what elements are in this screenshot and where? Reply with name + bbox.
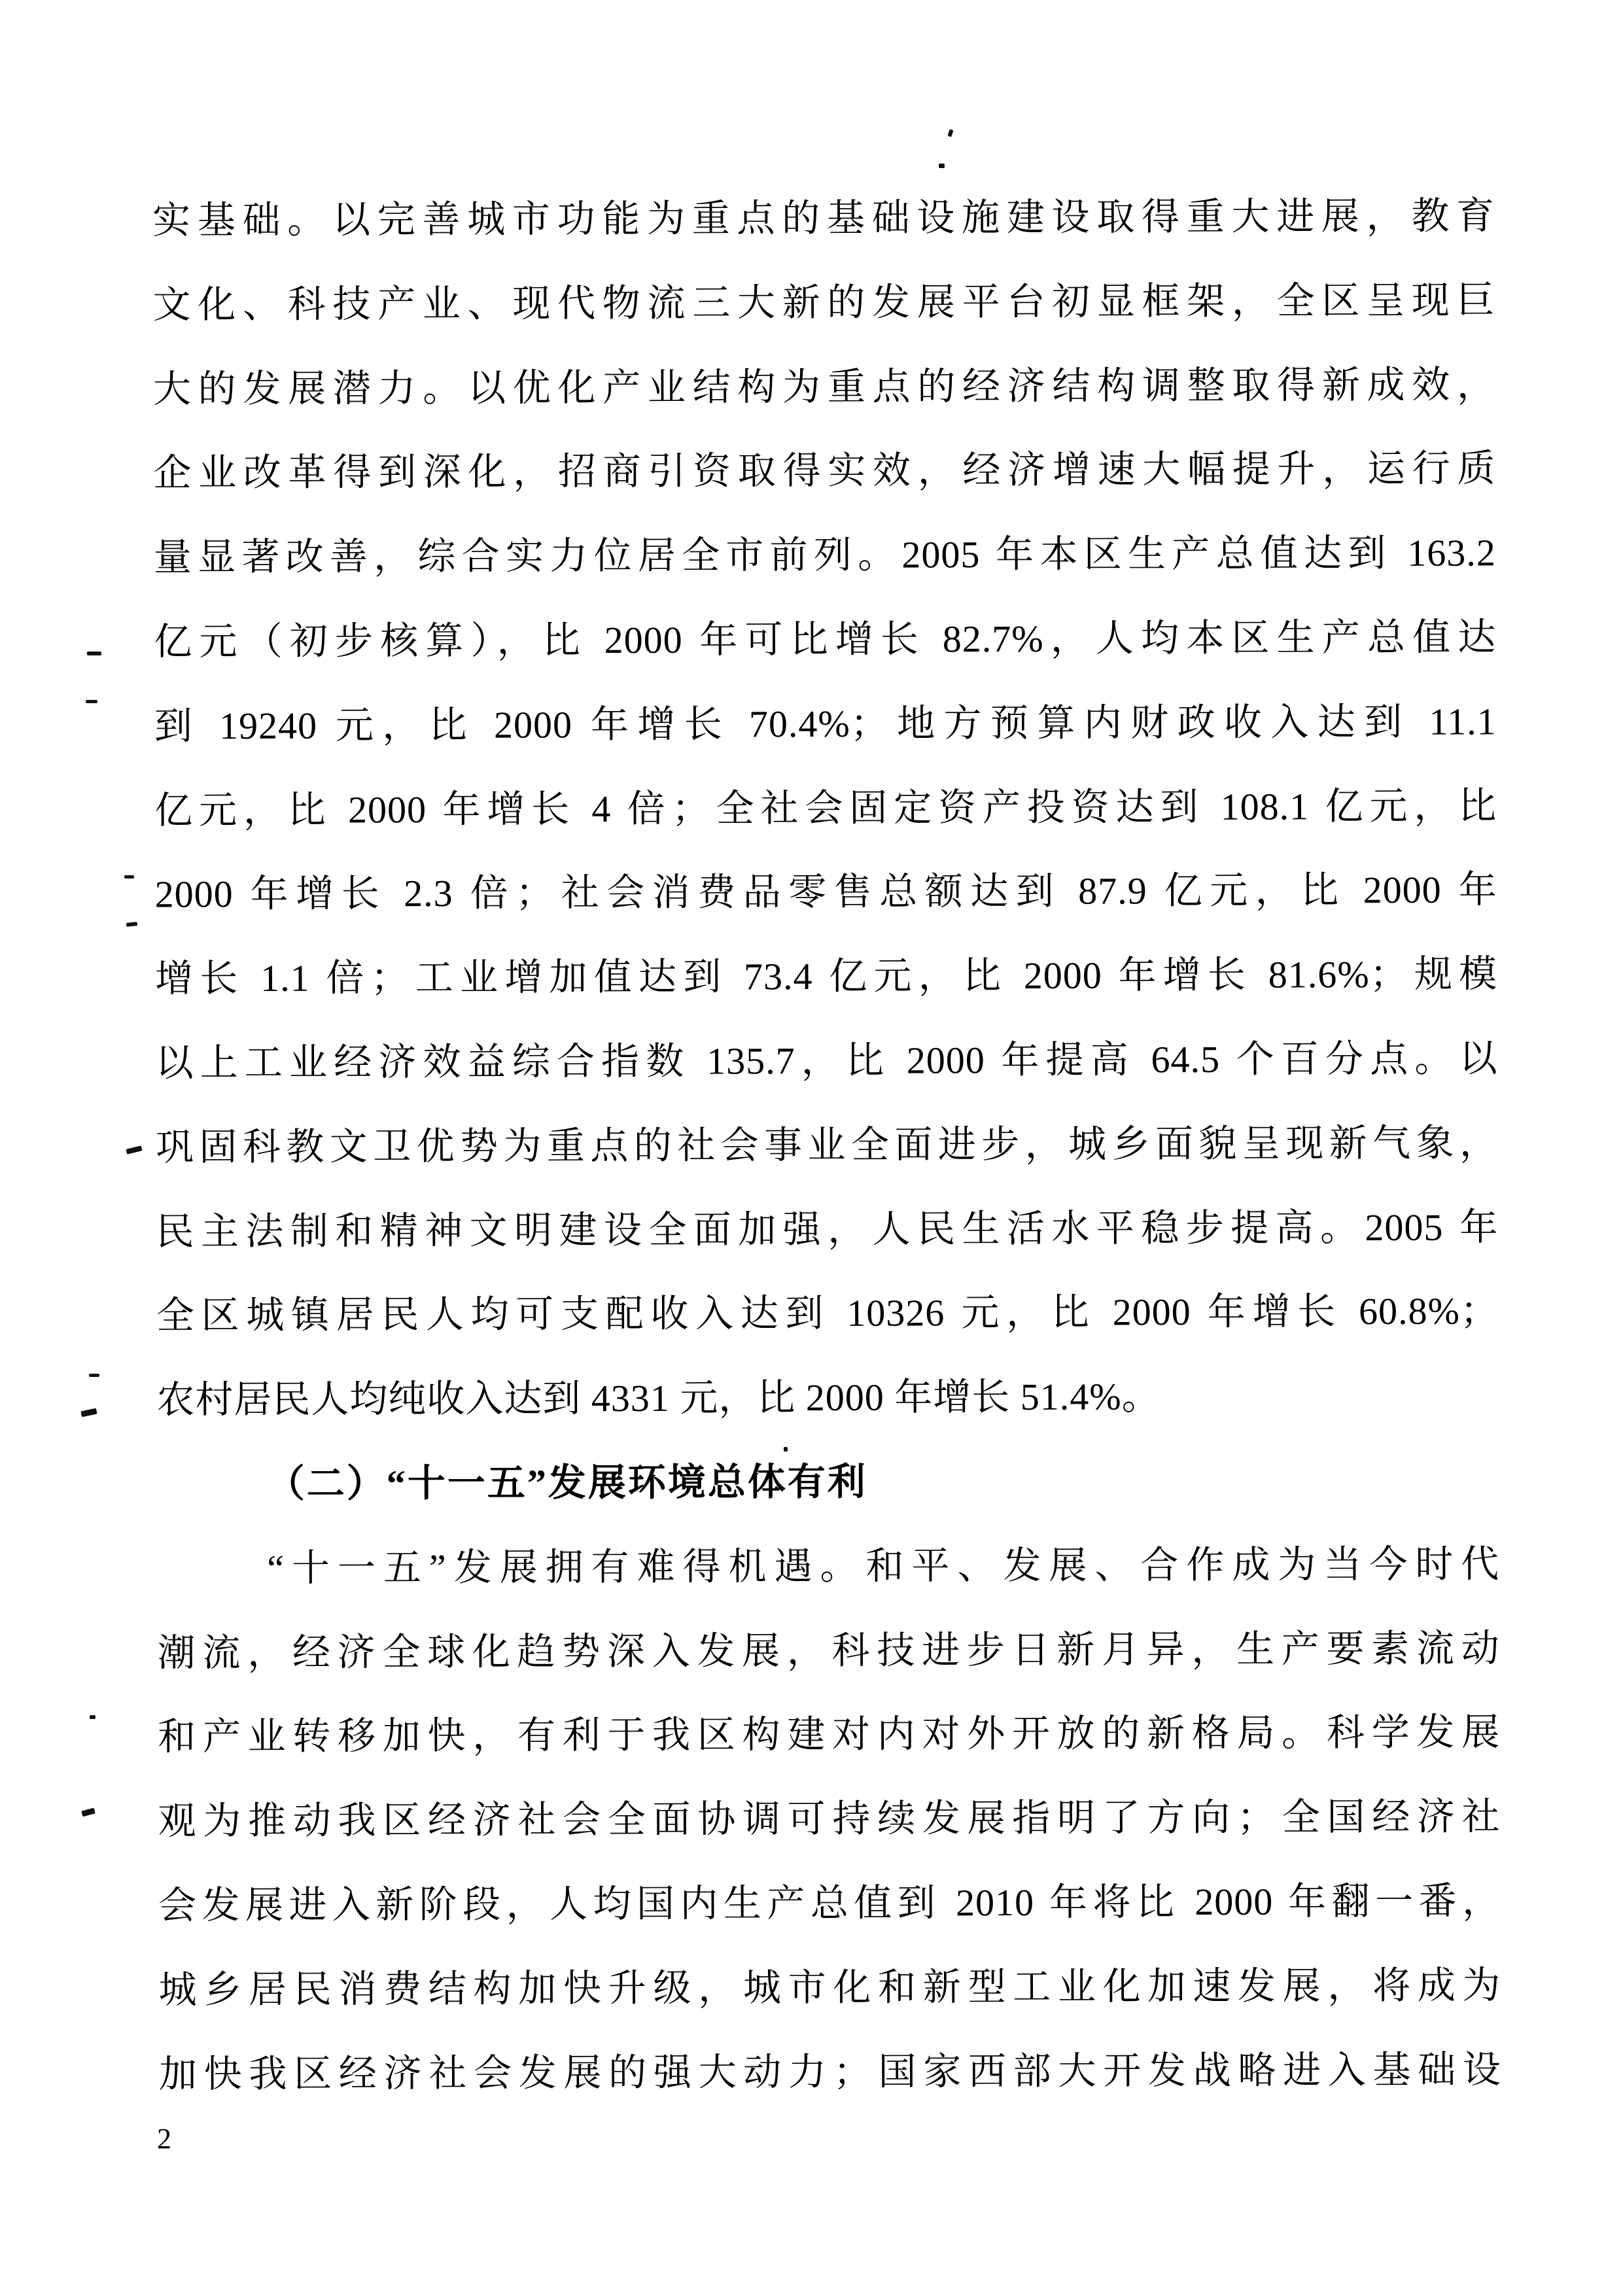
body-line: 全区城镇居民人均可支配收入达到 10326 元，比 2000 年增长 60.8%… [156, 1270, 1499, 1359]
text-block: 实基础。以完善城市功能为重点的基础设施建设取得重大进展，教育 文化、科技产业、现… [152, 174, 1501, 2116]
body-line: 大的发展潜力。以优化产业结构为重点的经济结构调整取得新成效， [153, 343, 1495, 432]
body-line: 亿元，比 2000 年增长 4 倍；全社会固定资产投资达到 108.1 亿元，比 [154, 764, 1497, 853]
body-line: 亿元（初步核算），比 2000 年可比增长 82.7%，人均本区生产总值达 [154, 595, 1496, 684]
body-line: 民主法制和精神文明建设全面加强，人民生活水平稳步提高。2005 年 [156, 1185, 1498, 1274]
body-line: 观为推动我区经济社会全面协调可持续发展指明了方向；全国经济社 [158, 1775, 1500, 1864]
body-line: 实基础。以完善城市功能为重点的基础设施建设取得重大进展，教育 [152, 174, 1495, 263]
section-heading: （二）“十一五”发展环境总体有利 [157, 1438, 1499, 1527]
scan-artifact [784, 1447, 788, 1452]
scan-artifact [80, 1408, 97, 1418]
scan-artifact [87, 652, 101, 655]
body-line: 文化、科技产业、现代物流三大新的发展平台初显框架，全区呈现巨 [152, 258, 1495, 347]
scan-artifact [939, 164, 945, 168]
body-line: 企业改革得到深化，招商引资取得实效，经济增速大幅提升，运行质 [153, 427, 1495, 516]
body-line: 和产业转移加快，有利于我区构建对内对外开放的新格局。科学发展 [158, 1691, 1500, 1780]
body-line: 增长 1.1 倍；工业增加值达到 73.4 亿元，比 2000 年增长 81.6… [155, 933, 1497, 1022]
scan-artifact [90, 1715, 96, 1719]
body-line: 农村居民人均纯收入达到 4331 元，比 2000 年增长 51.4%。 [156, 1354, 1499, 1443]
body-line: 量显著改善，综合实力位居全市前列。2005 年本区生产总值达到 163.2 [154, 512, 1496, 600]
body-line: 城乡居民消费结构加快升级，城市化和新型工业化加速发展，将成为 [158, 1943, 1501, 2032]
body-line: 巩固科教文卫优势为重点的社会事业全面进步，城乡面貌呈现新气象， [156, 1101, 1498, 1190]
body-line: 潮流，经济全球化趋势深入发展，科技进步日新月异，生产要素流动 [157, 1607, 1499, 1696]
body-line: 到 19240 元，比 2000 年增长 70.4%；地方预算内财政收入达到 1… [154, 680, 1497, 769]
body-line: 加快我区经济社会发展的强大动力；国家西部大开发战略进入基础设 [159, 2028, 1501, 2117]
scan-artifact [124, 875, 134, 878]
scan-artifact [89, 1374, 99, 1377]
body-line: 以上工业经济效益综合指数 135.7，比 2000 年提高 64.5 个百分点。… [155, 1017, 1497, 1105]
scan-artifact [81, 1808, 96, 1817]
scan-artifact [86, 700, 97, 703]
scan-artifact [947, 129, 953, 137]
page-number: 2 [157, 2121, 171, 2157]
body-line: 2000 年增长 2.3 倍；社会消费品零售总额达到 87.9 亿元，比 200… [154, 848, 1497, 937]
scan-artifact [126, 922, 138, 927]
body-line: “十一五”发展拥有难得机遇。和平、发展、合作成为当今时代 [157, 1522, 1499, 1611]
scanned-document-page: 实基础。以完善城市功能为重点的基础设施建设取得重大进展，教育 文化、科技产业、现… [0, 0, 1623, 2296]
body-line: 会发展进入新阶段，人均国内生产总值到 2010 年将比 2000 年翻一番， [158, 1859, 1501, 1948]
scan-artifact [126, 1145, 142, 1155]
